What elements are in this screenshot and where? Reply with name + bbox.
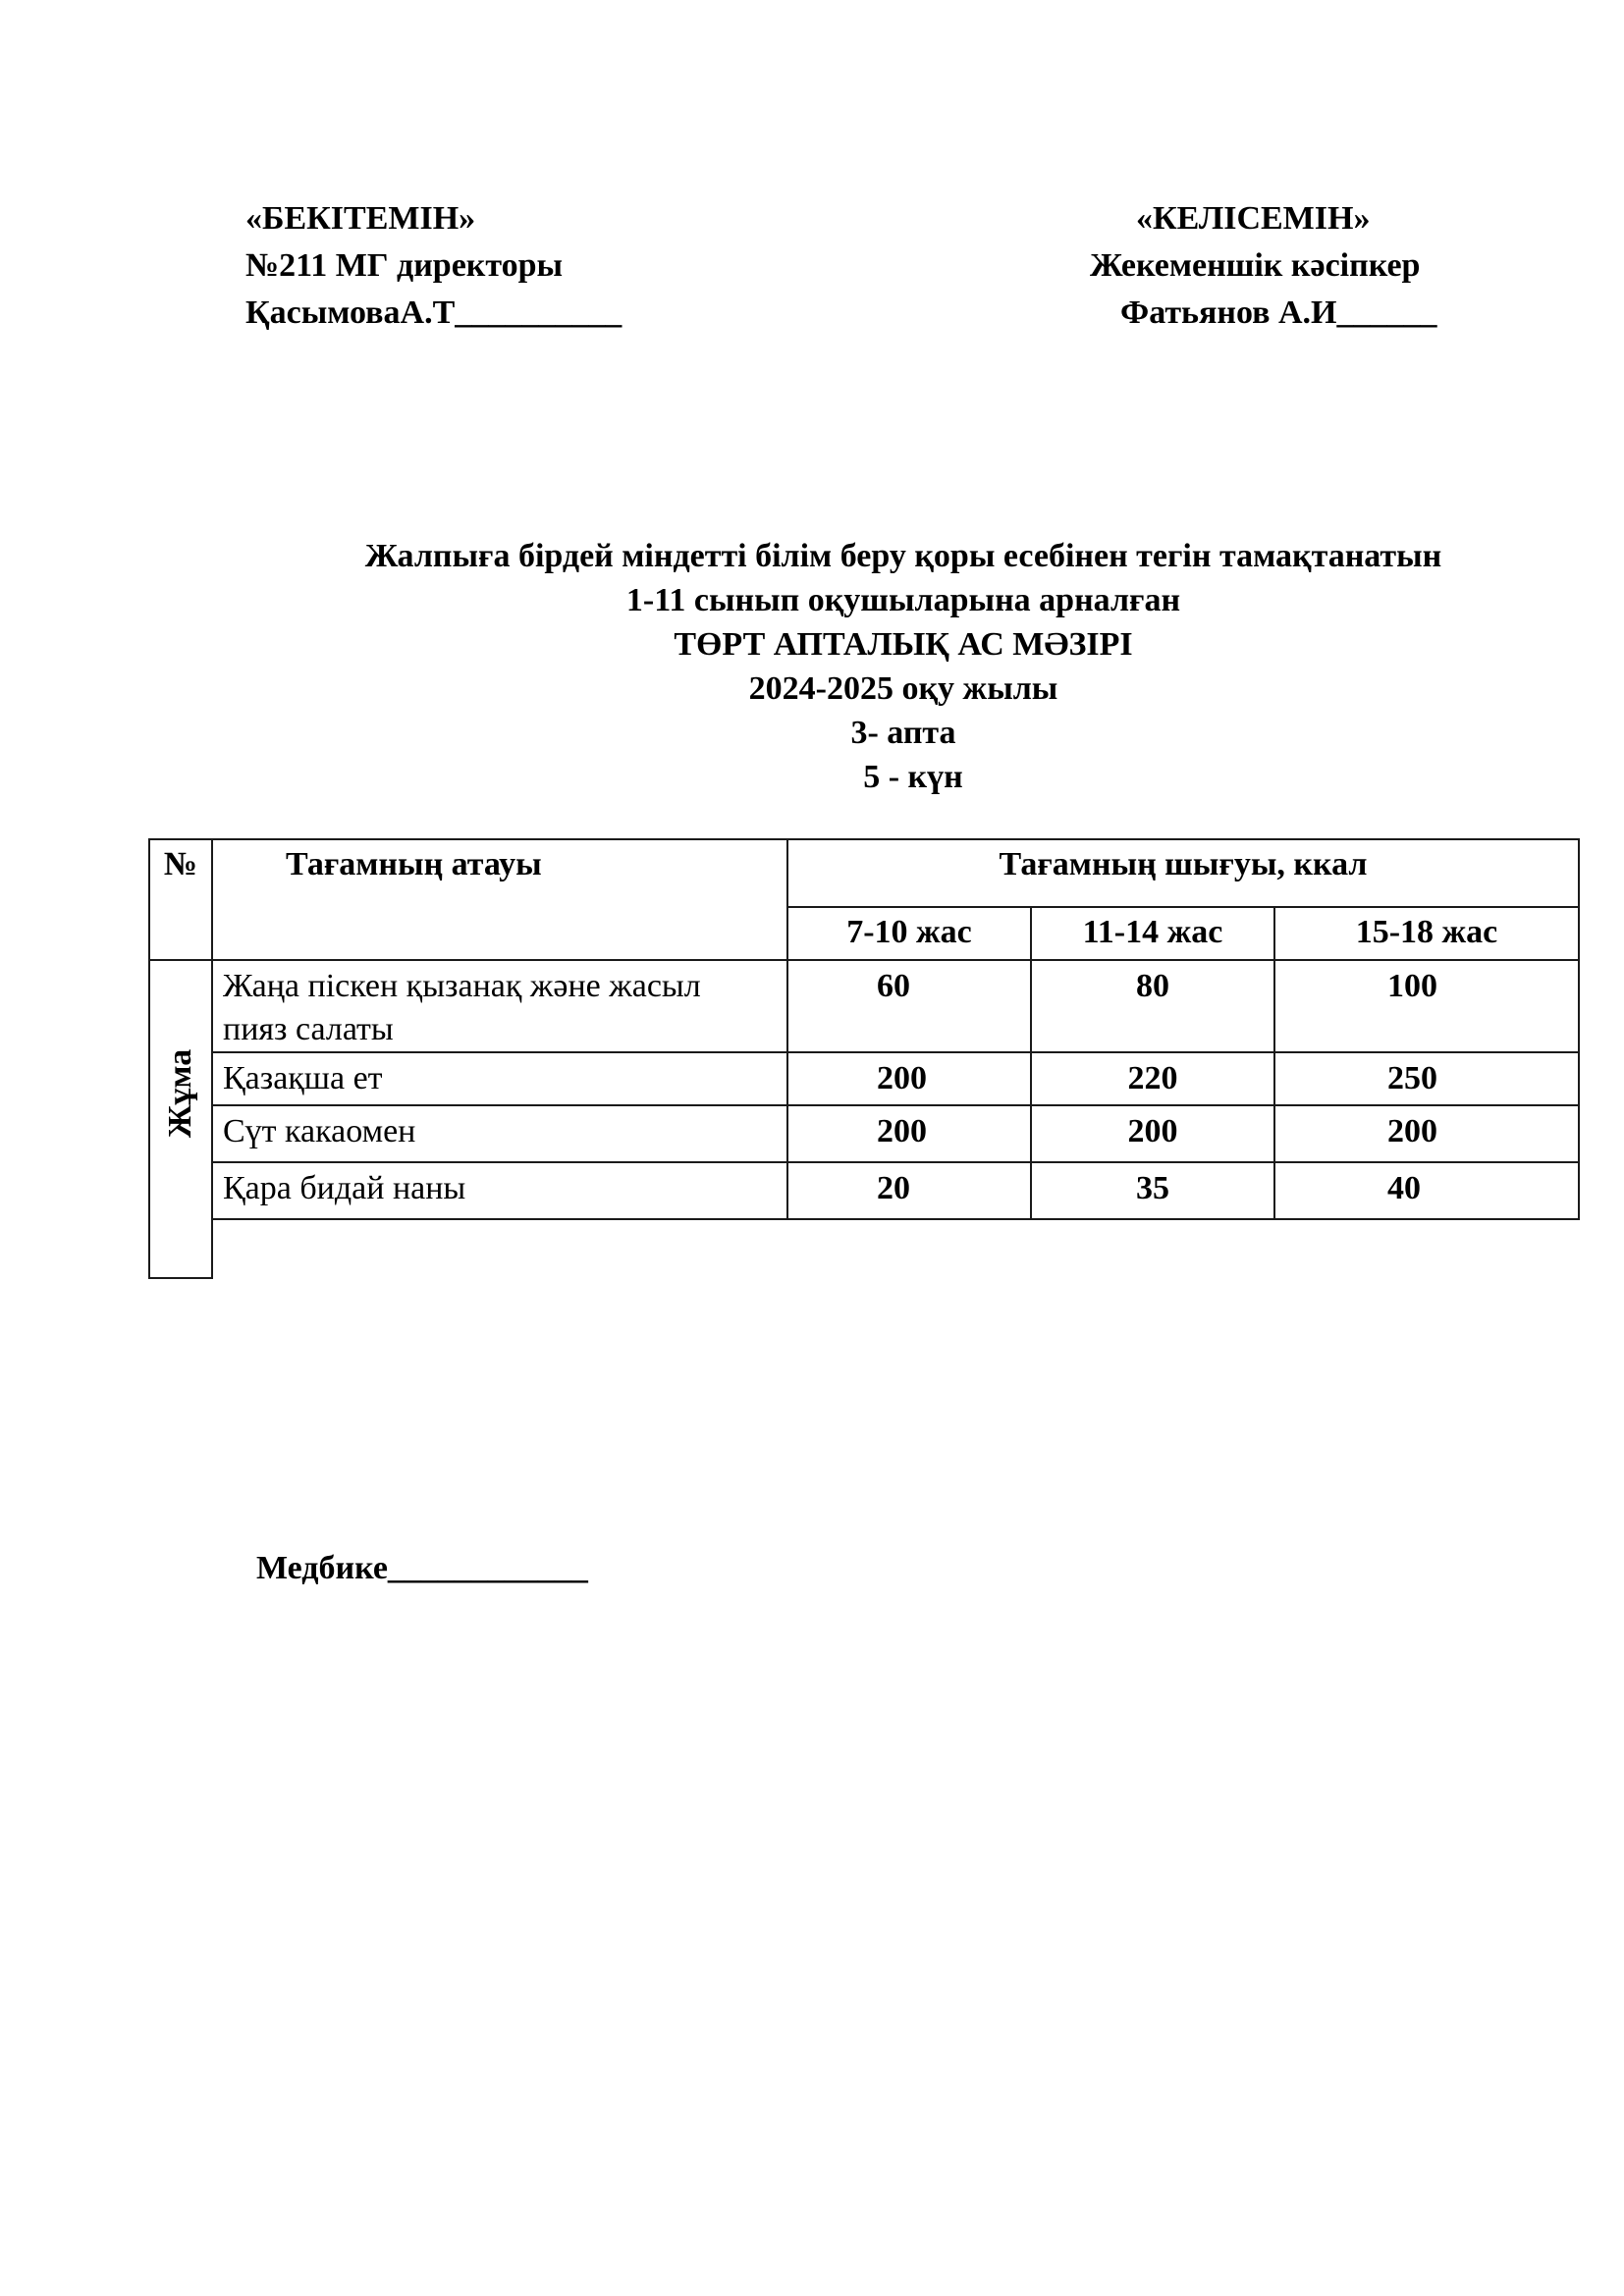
- menu-table: № Тағамның атауы Тағамның шығуы, ккал 7-…: [148, 838, 1580, 1279]
- kcal-11-14: 35: [1031, 1162, 1274, 1219]
- approve-role: №211 МГ директоры: [245, 246, 563, 286]
- kcal-15-18: 250: [1274, 1052, 1579, 1105]
- header-age-7-10: 7-10 жас: [787, 907, 1031, 960]
- dish-name: Сүт какаомен: [212, 1105, 787, 1162]
- empty-cell: [1031, 1219, 1274, 1278]
- dish-name-line: пияз салаты: [223, 1008, 786, 1051]
- header-number: №: [149, 839, 212, 960]
- table-row: Сүт какаомен 200 200 200: [149, 1105, 1579, 1162]
- title-line-6: 5 - күн: [275, 756, 1551, 799]
- dish-name: Қазақша ет: [212, 1052, 787, 1105]
- title-line-3: ТӨРТ АПТАЛЫҚ АС МӘЗІРІ: [265, 623, 1542, 667]
- approve-signatory: ҚасымоваА.Т__________: [245, 294, 622, 333]
- dish-name-line: Жаңа піскен қызанақ және жасыл: [223, 965, 786, 1008]
- kcal-11-14: 80: [1031, 960, 1274, 1052]
- kcal-11-14: 200: [1031, 1105, 1274, 1162]
- header-age-11-14: 11-14 жас: [1031, 907, 1274, 960]
- empty-cell: [212, 1219, 787, 1278]
- empty-row: [149, 1219, 1579, 1278]
- nurse-signature: Медбике____________: [256, 1549, 588, 1588]
- dish-name: Жаңа піскен қызанақ және жасыл пияз сала…: [212, 960, 787, 1052]
- kcal-15-18: 40: [1274, 1162, 1579, 1219]
- title-line-1: Жалпыға бірдей міндетті білім беру қоры …: [265, 535, 1542, 578]
- kcal-15-18: 100: [1274, 960, 1579, 1052]
- kcal-7-10: 200: [787, 1052, 1031, 1105]
- kcal-7-10: 60: [787, 960, 1031, 1052]
- empty-cell: [1274, 1219, 1579, 1278]
- empty-cell: [787, 1219, 1031, 1278]
- approve-heading: «БЕКІТЕМІН»: [245, 199, 475, 239]
- kcal-15-18: 200: [1274, 1105, 1579, 1162]
- kcal-11-14: 220: [1031, 1052, 1274, 1105]
- title-line-4: 2024-2025 оқу жылы: [265, 667, 1542, 711]
- title-line-2: 1-11 сынып оқушыларына арналған: [265, 579, 1542, 622]
- header-output-kcal: Тағамның шығуы, ккал: [787, 839, 1579, 907]
- title-line-5: 3- апта: [265, 712, 1542, 755]
- agree-heading: «КЕЛІСЕМІН»: [1136, 199, 1370, 239]
- day-cell: Жұма: [149, 960, 212, 1278]
- header-age-15-18: 15-18 жас: [1274, 907, 1579, 960]
- kcal-7-10: 20: [787, 1162, 1031, 1219]
- day-label: Жұма: [162, 1049, 199, 1139]
- agree-signatory: Фатьянов А.И______: [1120, 294, 1437, 333]
- dish-name: Қара бидай наны: [212, 1162, 787, 1219]
- header-dish-name: Тағамның атауы: [212, 839, 787, 960]
- kcal-7-10: 200: [787, 1105, 1031, 1162]
- table-row: Жұма Жаңа піскен қызанақ және жасыл пияз…: [149, 960, 1579, 1052]
- table-row: Қара бидай наны 20 35 40: [149, 1162, 1579, 1219]
- agree-role: Жекеменшік кәсіпкер: [1090, 246, 1420, 286]
- table-row: Қазақша ет 200 220 250: [149, 1052, 1579, 1105]
